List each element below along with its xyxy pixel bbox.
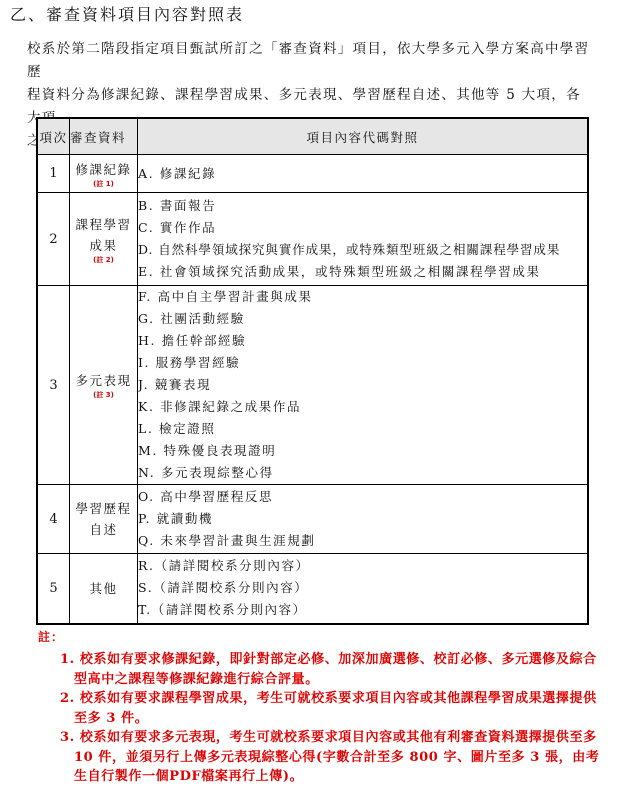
category-text: 其他	[89, 581, 117, 596]
row-category: 多元表現 (註 3)	[70, 286, 138, 485]
table-row: 4 學習歷程 自述 O. 高中學習歷程反思 P. 就讀動機 Q. 未來學習計畫與…	[37, 485, 588, 554]
row-number: 5	[37, 554, 70, 624]
notes-label: 註：	[38, 628, 64, 645]
category-text: 學習歷程	[75, 501, 131, 516]
row-category: 其他	[70, 554, 138, 624]
table-row: 3 多元表現 (註 3) F. 高中自主學習計畫與成果 G. 社團活動經驗 H.…	[37, 286, 588, 485]
row-items: F. 高中自主學習計畫與成果 G. 社團活動經驗 H. 擔任幹部經驗 I. 服務…	[138, 286, 589, 485]
row-items: O. 高中學習歷程反思 P. 就讀動機 Q. 未來學習計畫與生涯規劃	[138, 485, 589, 554]
row-items: R.（請詳閱校系分則內容） S.（請詳閱校系分則內容） T.（請詳閱校系分則內容…	[138, 554, 589, 624]
item-code: K. 非修課紀錄之成果作品	[138, 396, 587, 418]
row-items: A. 修課紀錄	[138, 155, 589, 193]
item-code: J. 競賽表現	[138, 374, 587, 396]
item-code: H. 擔任幹部經驗	[138, 330, 587, 352]
category-text: 修課紀錄	[75, 162, 131, 177]
table-row: 2 課程學習 成果 (註 2) B. 書面報告 C. 實作作品 D. 自然科學領…	[37, 193, 588, 286]
table-row: 5 其他 R.（請詳閱校系分則內容） S.（請詳閱校系分則內容） T.（請詳閱校…	[37, 554, 588, 624]
row-category: 課程學習 成果 (註 2)	[70, 193, 138, 286]
intro-line: 校系於第二階段指定項目甄試所訂之「審查資料」項目，依大學多元入學方案高中學習歷	[27, 38, 592, 84]
row-number: 1	[37, 155, 70, 193]
item-code: E. 社會領域探究活動成果，或特殊類型班級之相關課程學習成果	[138, 261, 587, 283]
header-category: 審查資料	[70, 118, 138, 155]
item-code: P. 就讀動機	[138, 508, 587, 530]
item-code: M. 特殊優良表現證明	[138, 440, 587, 462]
item-code: D. 自然科學領域探究與實作成果，或特殊類型班級之相關課程學習成果	[138, 239, 587, 261]
item-code: F. 高中自主學習計畫與成果	[138, 286, 587, 308]
category-text: 成果	[89, 238, 117, 253]
header-no: 項次	[37, 118, 70, 155]
category-text: 課程學習	[75, 217, 131, 232]
note-reference: (註 1)	[70, 180, 137, 189]
reference-table: 項次 審查資料 項目內容代碼對照 1 修課紀錄 (註 1) A. 修課紀錄 2 …	[36, 117, 589, 625]
row-category: 修課紀錄 (註 1)	[70, 155, 138, 193]
section-title: 乙、審查資料項目內容對照表	[10, 4, 244, 26]
item-code: L. 檢定證照	[138, 418, 587, 440]
item-code: O. 高中學習歷程反思	[138, 486, 587, 508]
note-item: 1. 校系如有要求修課紀錄，即針對部定必修、加深加廣選修、校訂必修、多元選修及綜…	[60, 650, 604, 689]
table-header-row: 項次 審查資料 項目內容代碼對照	[37, 118, 588, 155]
header-items: 項目內容代碼對照	[138, 118, 589, 155]
item-code: T.（請詳閱校系分則內容）	[138, 599, 587, 621]
item-code: I. 服務學習經驗	[138, 352, 587, 374]
row-items: B. 書面報告 C. 實作作品 D. 自然科學領域探究與實作成果，或特殊類型班級…	[138, 193, 589, 286]
row-number: 4	[37, 485, 70, 554]
category-text: 自述	[89, 522, 117, 537]
row-category: 學習歷程 自述	[70, 485, 138, 554]
item-code: S.（請詳閱校系分則內容）	[138, 577, 587, 599]
table-row: 1 修課紀錄 (註 1) A. 修課紀錄	[37, 155, 588, 193]
category-text: 多元表現	[75, 373, 131, 388]
item-code: R.（請詳閱校系分則內容）	[138, 555, 587, 577]
item-code: C. 實作作品	[138, 217, 587, 239]
note-item: 3. 校系如有要求多元表現，考生可就校系要求項目內容或其他有利審查資料選擇提供至…	[60, 728, 604, 787]
note-item: 2. 校系如有要求課程學習成果，考生可就校系要求項目內容或其他課程學習成果選擇提…	[60, 689, 604, 728]
note-reference: (註 3)	[70, 391, 137, 400]
item-code: Q. 未來學習計畫與生涯規劃	[138, 530, 587, 552]
row-number: 3	[37, 286, 70, 485]
item-code: B. 書面報告	[138, 195, 587, 217]
note-reference: (註 2)	[70, 256, 137, 265]
item-code: A. 修課紀錄	[138, 163, 587, 185]
row-number: 2	[37, 193, 70, 286]
item-code: G. 社團活動經驗	[138, 308, 587, 330]
item-code: N. 多元表現綜整心得	[138, 462, 587, 484]
